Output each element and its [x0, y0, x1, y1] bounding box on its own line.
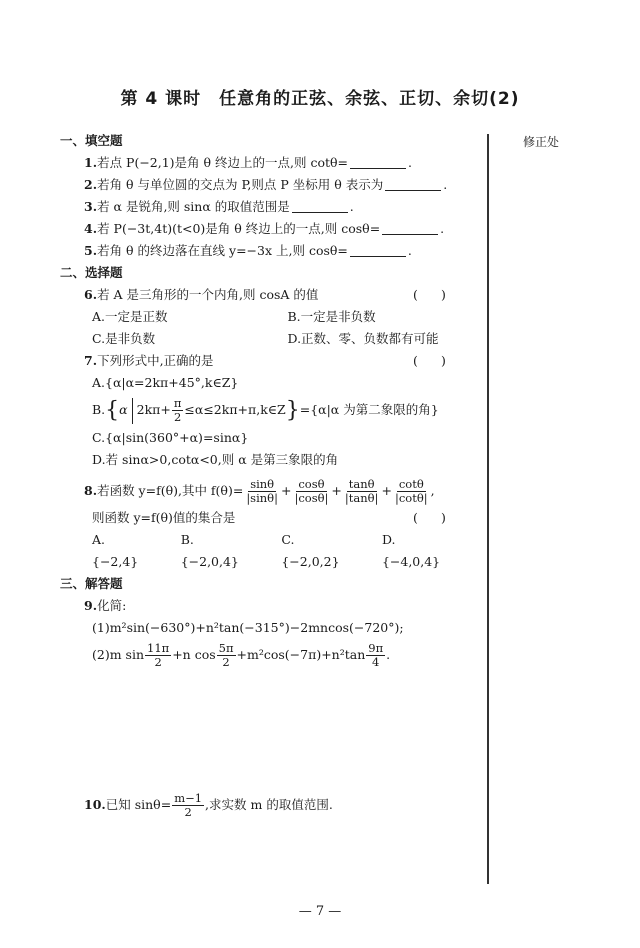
- margin-divider: [487, 134, 489, 884]
- question-5: 5.若角 θ 的终边落在直线 y=−3x 上,则 cosθ=.: [58, 240, 483, 262]
- answer-paren-6[interactable]: (): [413, 284, 469, 306]
- question-6-options-row2: C.是非负数 D.正数、零、负数都有可能: [58, 328, 483, 350]
- question-4: 4.若 P(−3t,4t)(t<0)是角 θ 终边上的一点,则 cosθ=.: [58, 218, 483, 240]
- question-8: 8.若函数 y=f(θ),其中 f(θ)=sinθ|sinθ|+cosθ|cos…: [58, 475, 483, 507]
- page-number: — 7 —: [0, 904, 640, 919]
- answer-blank-2[interactable]: [385, 177, 441, 191]
- option-8a: A.{−2,4}: [92, 529, 151, 573]
- question-3: 3.若 α 是锐角,则 sinα 的取值范围是.: [58, 196, 483, 218]
- answer-blank-1[interactable]: [350, 155, 406, 169]
- option-7a: A.{α|α=2kπ+45°,k∈Z}: [58, 372, 483, 394]
- question-9-part1: (1)m²sin(−630°)+n²tan(−315°)−2mncos(−720…: [58, 617, 483, 639]
- answer-space-9[interactable]: [58, 671, 483, 789]
- option-6a: A.一定是正数: [92, 306, 288, 328]
- answer-blank-4[interactable]: [382, 221, 438, 235]
- option-8b: B.{−2,0,4}: [181, 529, 252, 573]
- option-7d: D.若 sinα>0,cotα<0,则 α 是第三象限的角: [58, 449, 483, 471]
- question-8-line2: 则函数 y=f(θ)值的集合是 (): [58, 507, 483, 529]
- option-6b: B.一定是非负数: [288, 306, 484, 328]
- option-6c: C.是非负数: [92, 328, 288, 350]
- worksheet-page: 第 4 课时任意角的正弦、余弦、正切、余切(2) 修正处 一、填空题 1.若点 …: [0, 0, 640, 948]
- lesson-number: 第 4 课时: [120, 89, 201, 109]
- section-fill-in-heading: 一、填空题: [60, 130, 483, 152]
- answer-blank-3[interactable]: [292, 199, 348, 213]
- option-6d: D.正数、零、负数都有可能: [288, 328, 484, 350]
- question-2: 2.若角 θ 与单位圆的交点为 P,则点 P 坐标用 θ 表示为.: [58, 174, 483, 196]
- option-8d: D.{−4,0,4}: [382, 529, 453, 573]
- answer-paren-7[interactable]: (): [413, 350, 469, 372]
- question-7: 7.下列形式中,正确的是 (): [58, 350, 483, 372]
- worksheet-content: 一、填空题 1.若点 P(−2,1)是角 θ 终边上的一点,则 cotθ=. 2…: [58, 130, 483, 821]
- lesson-topic: 任意角的正弦、余弦、正切、余切(2): [219, 89, 519, 109]
- question-9-part2: (2)m sin11π2+n cos5π2+m²cos(−7π)+n²tan9π…: [58, 639, 483, 671]
- question-1: 1.若点 P(−2,1)是角 θ 终边上的一点,则 cotθ=.: [58, 152, 483, 174]
- question-9: 9.化简:: [58, 595, 483, 617]
- question-6: 6.若 A 是三角形的一个内角,则 cosA 的值 (): [58, 284, 483, 306]
- question-10: 10.已知 sinθ=m−12,求实数 m 的取值范围.: [58, 789, 483, 821]
- answer-paren-8[interactable]: (): [413, 507, 469, 529]
- correction-area-label: 修正处: [523, 133, 559, 150]
- page-title: 第 4 课时任意角的正弦、余弦、正切、余切(2): [0, 84, 640, 109]
- section-choice-heading: 二、选择题: [60, 262, 483, 284]
- question-6-options-row1: A.一定是正数 B.一定是非负数: [58, 306, 483, 328]
- option-8c: C.{−2,0,2}: [281, 529, 352, 573]
- section-answer-heading: 三、解答题: [60, 573, 483, 595]
- question-8-options: A.{−2,4} B.{−2,0,4} C.{−2,0,2} D.{−4,0,4…: [58, 529, 483, 573]
- option-7b: B.{α2kπ+π2≤α≤2kπ+π,k∈Z}={α|α 为第二象限的角}: [58, 394, 483, 427]
- answer-blank-5[interactable]: [350, 243, 406, 257]
- option-7c: C.{α|sin(360°+α)=sinα}: [58, 427, 483, 449]
